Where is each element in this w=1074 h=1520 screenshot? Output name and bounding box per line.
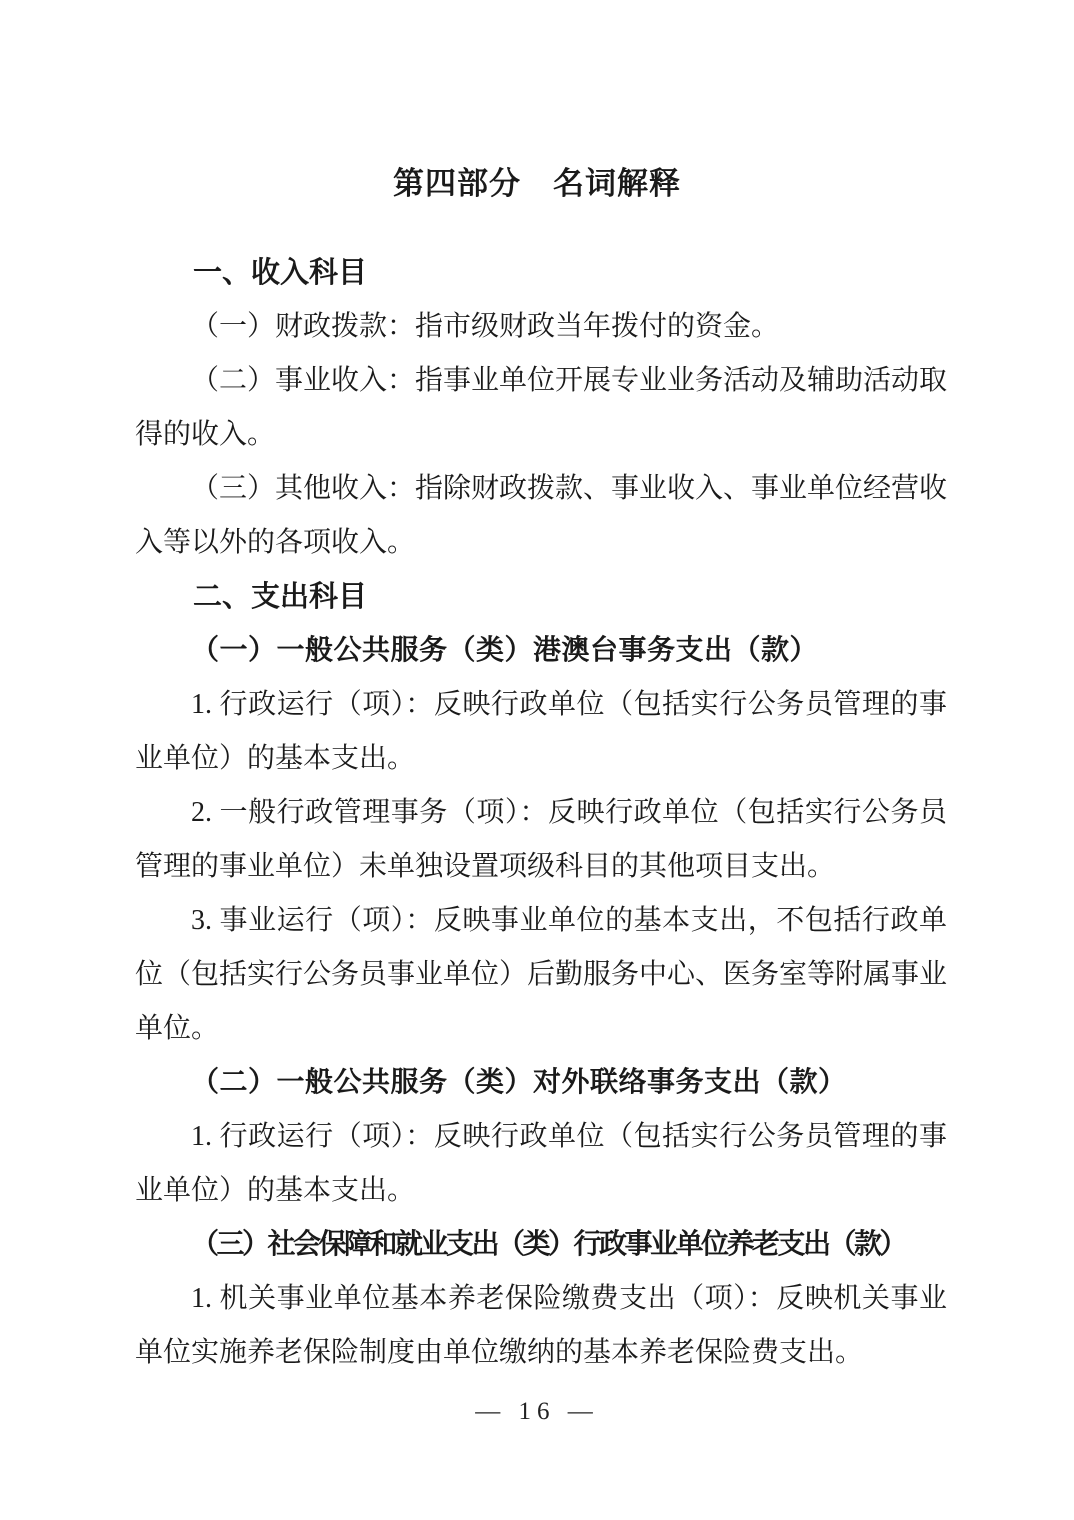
paragraph-pension-item-1: 1. 机关事业单位基本养老保险缴费支出（项）：反映机关事业单位实施养老保险制度由… <box>135 1272 947 1380</box>
section-heading-expenditure: 二、支出科目 <box>135 570 947 624</box>
subheading-expenditure-pension: （三）社会保障和就业支出（类）行政事业单位养老支出（款） <box>135 1218 947 1272</box>
page-number: — 16 — <box>0 1398 1074 1426</box>
subheading-expenditure-external-liaison: （二）一般公共服务（类）对外联络事务支出（款） <box>135 1056 947 1110</box>
subheading-expenditure-hmt-affairs: （一）一般公共服务（类）港澳台事务支出（款） <box>135 624 947 678</box>
paragraph-hmt-item-1: 1. 行政运行（项）：反映行政单位（包括实行公务员管理的事业单位）的基本支出。 <box>135 678 947 786</box>
paragraph-income-operational: （二）事业收入：指事业单位开展专业业务活动及辅助活动取得的收入。 <box>135 354 947 462</box>
paragraph-income-fiscal-appropriation: （一）财政拨款：指市级财政当年拨付的资金。 <box>135 300 947 354</box>
paragraph-hmt-item-3: 3. 事业运行（项）：反映事业单位的基本支出，不包括行政单位（包括实行公务员事业… <box>135 894 947 1056</box>
document-page: 第四部分 名词解释 一、收入科目 （一）财政拨款：指市级财政当年拨付的资金。 （… <box>0 0 1074 1520</box>
section-heading-income: 一、收入科目 <box>135 246 947 300</box>
paragraph-hmt-item-2: 2. 一般行政管理事务（项）：反映行政单位（包括实行公务员管理的事业单位）未单独… <box>135 786 947 894</box>
document-body: 一、收入科目 （一）财政拨款：指市级财政当年拨付的资金。 （二）事业收入：指事业… <box>135 246 947 1380</box>
paragraph-income-other: （三）其他收入：指除财政拨款、事业收入、事业单位经营收入等以外的各项收入。 <box>135 462 947 570</box>
document-title: 第四部分 名词解释 <box>0 158 1074 203</box>
paragraph-liaison-item-1: 1. 行政运行（项）：反映行政单位（包括实行公务员管理的事业单位）的基本支出。 <box>135 1110 947 1218</box>
